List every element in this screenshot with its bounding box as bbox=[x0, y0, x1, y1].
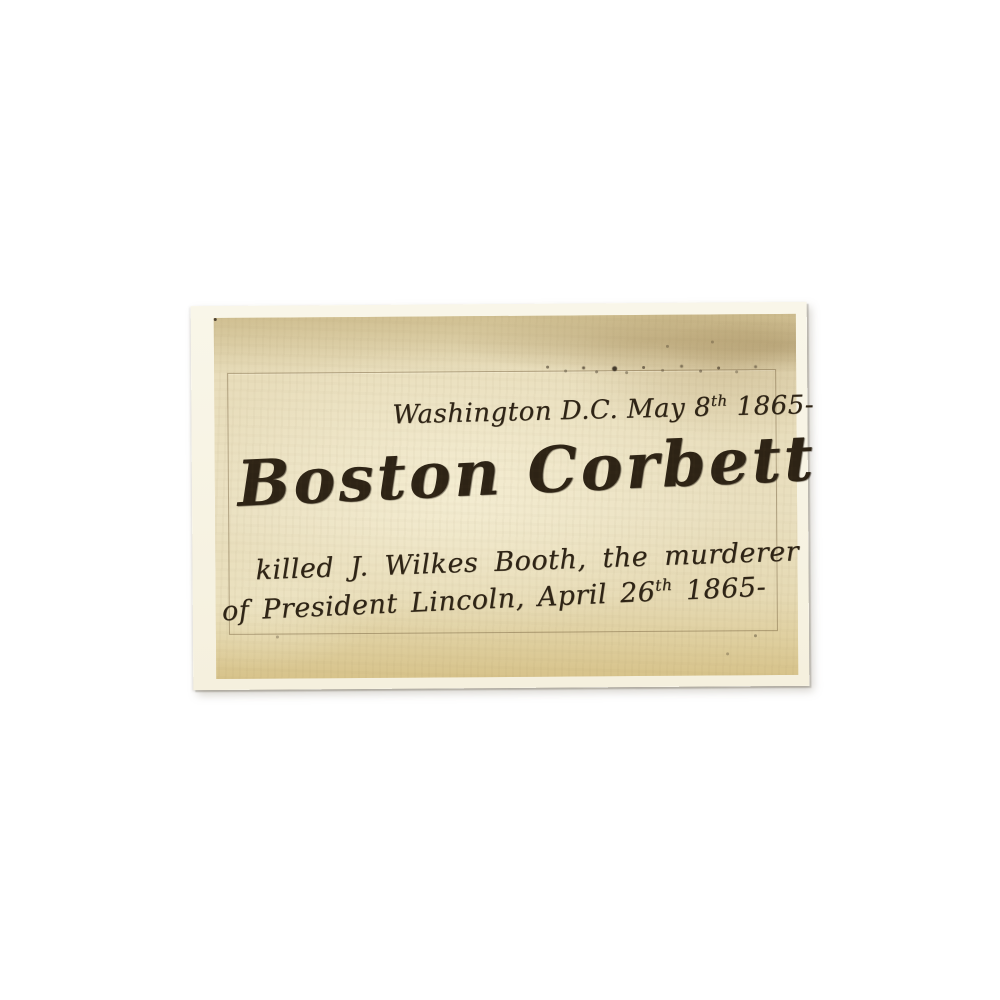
note-line-2-year: 1865- bbox=[672, 572, 767, 607]
card-top-discoloration bbox=[214, 314, 796, 376]
dateline-superscript: th bbox=[711, 392, 728, 410]
note-line-2-superscript: th bbox=[655, 575, 673, 595]
page-background: Washington D.C. May 8th 1865- Boston Cor… bbox=[0, 0, 1000, 1000]
autograph-card: Washington D.C. May 8th 1865- Boston Cor… bbox=[214, 314, 799, 679]
photograph-print: Washington D.C. May 8th 1865- Boston Cor… bbox=[191, 302, 810, 690]
dateline-year: 1865- bbox=[727, 390, 814, 422]
foxing-speckles bbox=[214, 318, 217, 321]
